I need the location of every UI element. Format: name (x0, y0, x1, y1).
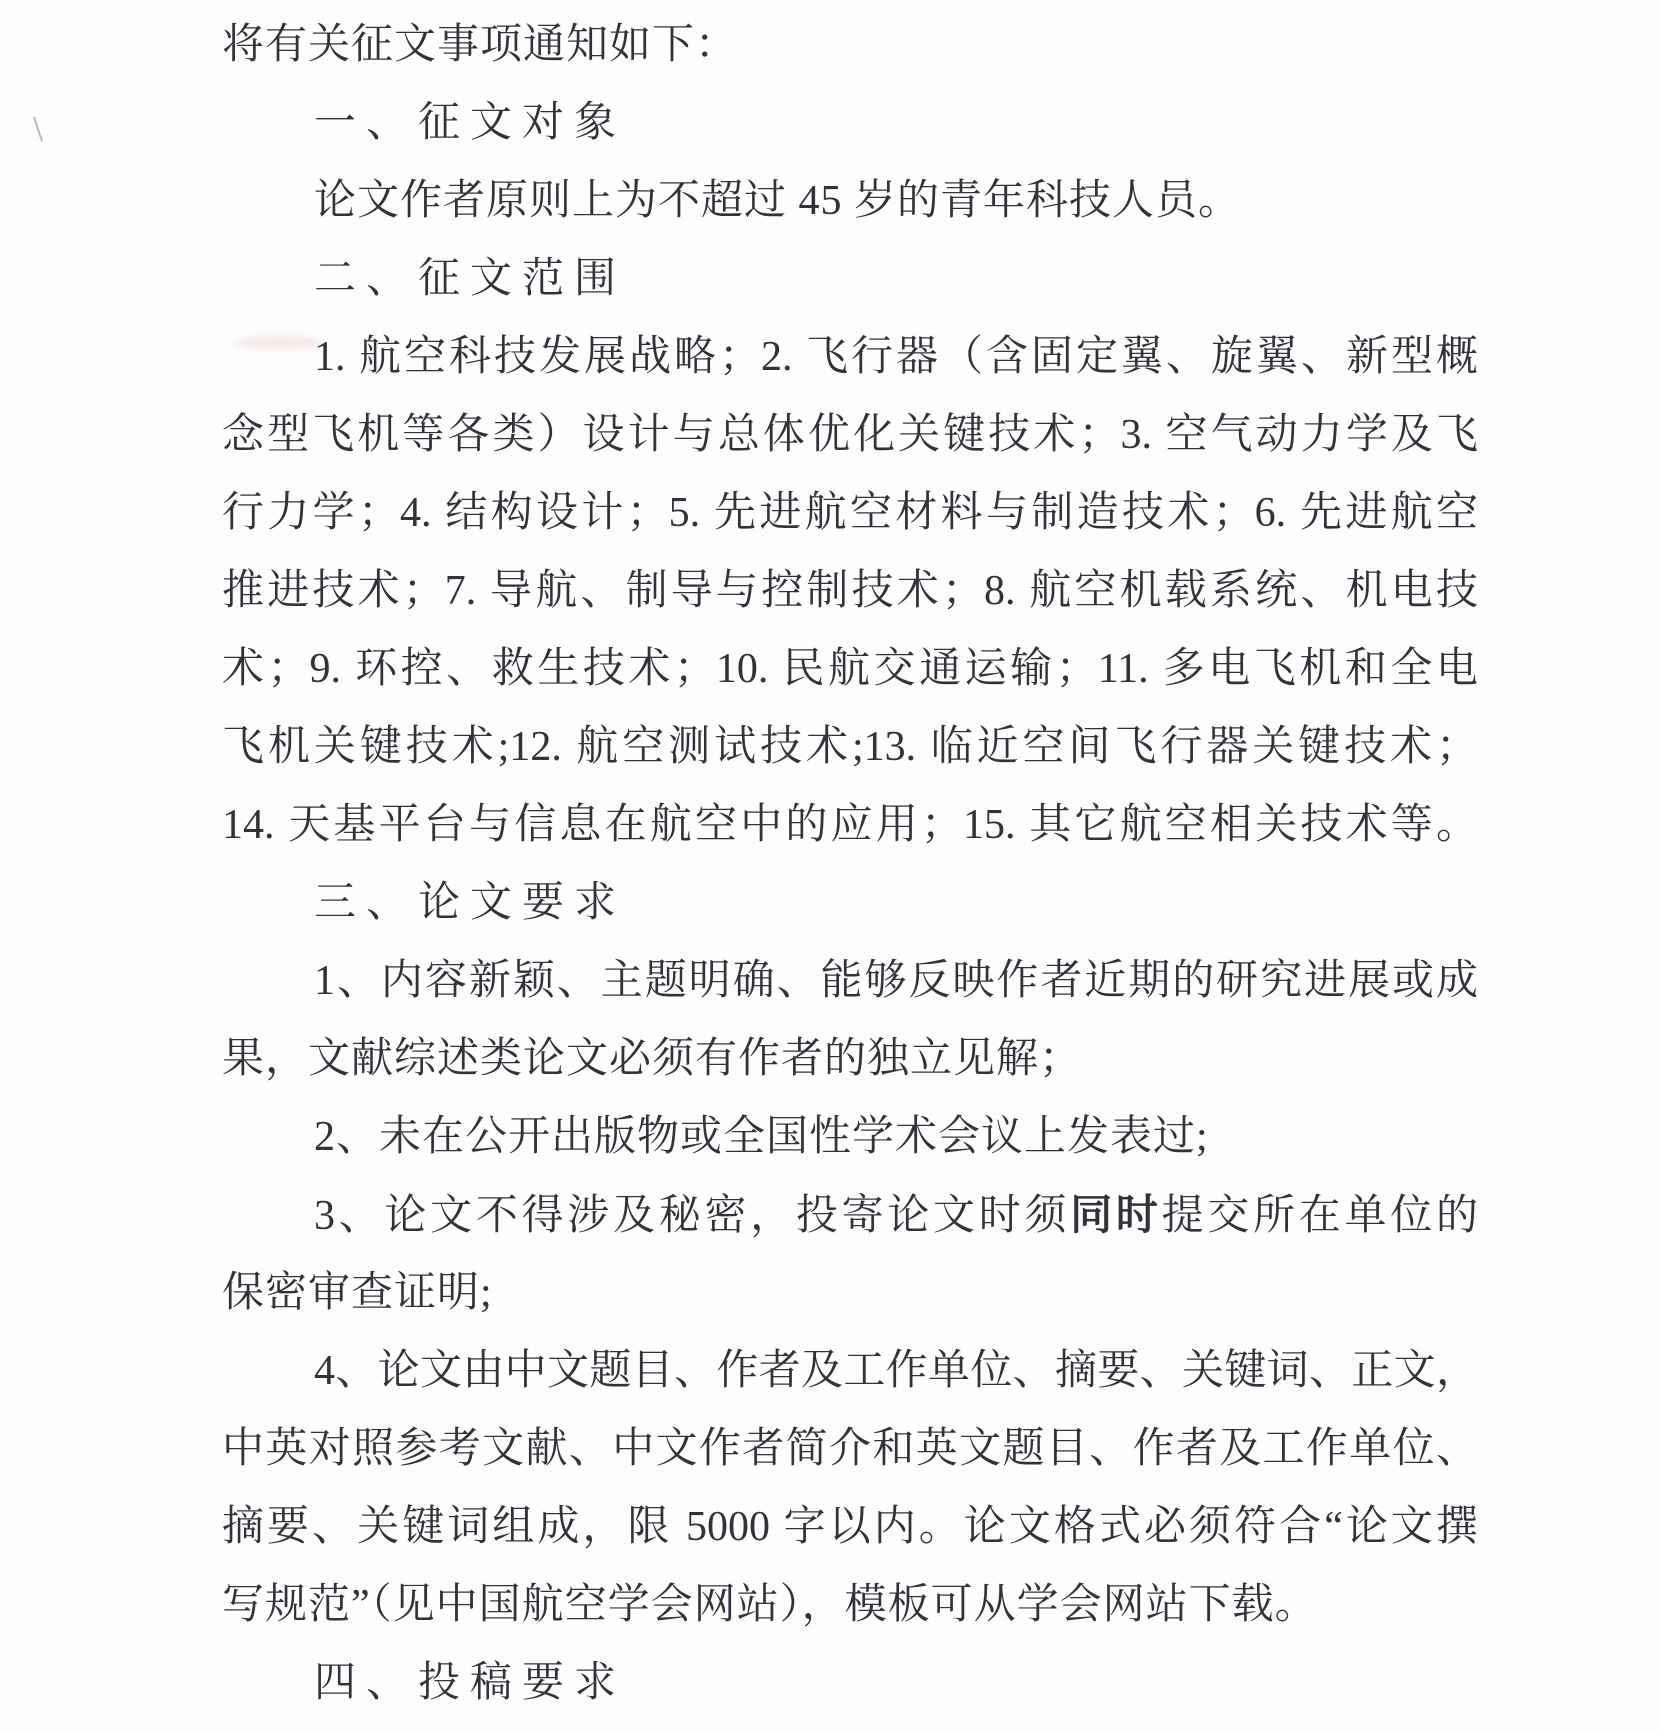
requirement-3-text-after: 提交所在单位的 (1162, 1193, 1478, 1239)
section-4-heading: 四、投稿要求 (222, 1644, 1478, 1722)
requirement-1-line-2: 果，文献综述类论文必须有作者的独立见解； (222, 1020, 1478, 1098)
scan-artifact-slash-mark (33, 116, 43, 141)
section-2-heading: 二、征文范围 (222, 240, 1478, 318)
requirement-3-line-1: 3、论文不得涉及秘密，投寄论文时须同时提交所在单位的 (222, 1176, 1478, 1254)
section-3-heading: 三、论文要求 (222, 864, 1478, 942)
requirement-3-line-2: 保密审查证明; (222, 1254, 1478, 1332)
topics-line-5: 术；9. 环控、救生技术；10. 民航交通运输；11. 多电飞机和全电 (222, 630, 1478, 708)
paragraph-intro-line: 将有关征文事项通知如下： (222, 6, 1478, 84)
requirement-3-bold-phrase: 同时 (1070, 1191, 1161, 1238)
requirement-4-line-1: 4、论文由中文题目、作者及工作单位、摘要、关键词、正文， (222, 1332, 1478, 1410)
requirement-3-text-before: 3、论文不得涉及秘密，投寄论文时须 (314, 1193, 1070, 1239)
document-page: 将有关征文事项通知如下： 一、征文对象 论文作者原则上为不超过 45 岁的青年科… (0, 0, 1660, 1732)
topics-line-3: 行力学；4. 结构设计；5. 先进航空材料与制造技术；6. 先进航空 (222, 474, 1478, 552)
topics-line-1: 1. 航空科技发展战略；2. 飞行器（含固定翼、旋翼、新型概 (222, 318, 1478, 396)
topics-line-2: 念型飞机等各类）设计与总体优化关键技术；3. 空气动力学及飞 (222, 396, 1478, 474)
section-1-heading: 一、征文对象 (222, 84, 1478, 162)
section-1-body-line: 论文作者原则上为不超过 45 岁的青年科技人员。 (222, 162, 1478, 240)
requirement-4-line-3: 摘要、关键词组成，限 5000 字以内。论文格式必须符合“论文撰 (222, 1488, 1478, 1566)
requirement-4-line-4: 写规范”（见中国航空学会网站），模板可从学会网站下载。 (222, 1566, 1478, 1644)
requirement-2-line: 2、未在公开出版物或全国性学术会议上发表过; (222, 1098, 1478, 1176)
requirement-1-line-1: 1、内容新颖、主题明确、能够反映作者近期的研究进展或成 (222, 942, 1478, 1020)
requirement-4-line-2: 中英对照参考文献、中文作者简介和英文题目、作者及工作单位、 (222, 1410, 1478, 1488)
topics-line-4: 推进技术；7. 导航、制导与控制技术；8. 航空机载系统、机电技 (222, 552, 1478, 630)
document-body: 将有关征文事项通知如下： 一、征文对象 论文作者原则上为不超过 45 岁的青年科… (222, 6, 1478, 1722)
topics-line-7: 14. 天基平台与信息在航空中的应用；15. 其它航空相关技术等。 (222, 786, 1478, 864)
topics-line-6: 飞机关键技术;12. 航空测试技术;13. 临近空间飞行器关键技术； (222, 708, 1478, 786)
